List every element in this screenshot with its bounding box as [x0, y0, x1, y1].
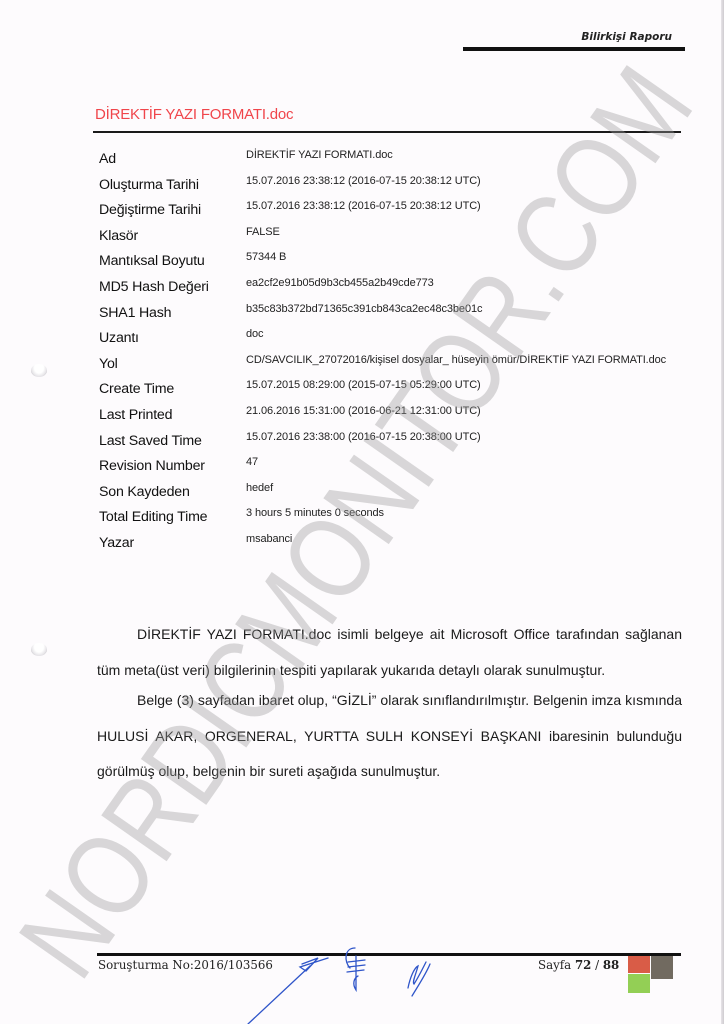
metadata-value: 57344 B [246, 251, 286, 263]
header-rule [463, 47, 685, 51]
metadata-value: 15.07.2015 08:29:00 (2015-07-15 05:29:00… [246, 379, 481, 391]
metadata-label: Last Saved Time [99, 433, 202, 449]
metadata-value: DİREKTİF YAZI FORMATI.doc [246, 149, 393, 161]
page-current: 72 [575, 958, 591, 972]
metadata-label: SHA1 Hash [99, 305, 171, 321]
page-prefix: Sayfa [538, 958, 571, 972]
metadata-value: 47 [246, 456, 258, 468]
metadata-label: Uzantı [99, 330, 139, 346]
metadata-value: 15.07.2016 23:38:12 (2016-07-15 20:38:12… [246, 200, 481, 212]
body-paragraph: DİREKTİF YAZI FORMATI.doc isimli belgeye… [97, 617, 682, 688]
metadata-label: Revision Number [99, 458, 205, 474]
running-header-title: Bilirkişi Raporu [581, 31, 672, 43]
paragraph-text: DİREKTİF YAZI FORMATI.doc isimli belgeye… [97, 626, 682, 678]
metadata-label: Yol [99, 356, 118, 372]
signature-2 [346, 948, 365, 990]
section-rule [93, 131, 681, 133]
metadata-label: Last Printed [99, 407, 172, 423]
metadata-label: Klasör [99, 228, 138, 244]
metadata-value: ea2cf2e91b05d9b3cb455a2b49cde773 [246, 277, 434, 289]
metadata-value: b35c83b372bd71365c391cb843ca2ec48c3be01c [246, 303, 482, 315]
metadata-label: Total Editing Time [99, 509, 207, 525]
paragraph-text: Belge (3) sayfadan ibaret olup, “GİZLİ” … [97, 692, 682, 779]
metadata-label: Mantıksal Boyutu [99, 253, 205, 269]
logo-square-gray [651, 956, 673, 979]
metadata-label: Ad [99, 151, 116, 167]
logo-square-green [628, 974, 650, 993]
metadata-label: Create Time [99, 381, 174, 397]
logo-square-red [628, 956, 650, 973]
signature-1 [248, 958, 328, 1024]
metadata-value: hedef [246, 482, 273, 494]
metadata-label: Oluşturma Tarihi [99, 177, 199, 193]
section-title: DİREKTİF YAZI FORMATI.doc [95, 106, 293, 123]
signature-3 [408, 962, 430, 996]
metadata-value: 21.06.2016 15:31:00 (2016-06-21 12:31:00… [246, 405, 481, 417]
handwritten-signatures [240, 940, 460, 1024]
metadata-label: Yazar [99, 535, 134, 551]
page-total: 88 [603, 958, 619, 972]
page-separator: / [591, 958, 602, 972]
page-number: Sayfa 72 / 88 [538, 958, 619, 972]
metadata-value: CD/SAVCILIK_27072016/kişisel dosyalar_ h… [246, 354, 666, 366]
metadata-value: msabanci [246, 533, 292, 545]
metadata-label: Son Kaydeden [99, 484, 190, 500]
metadata-label: Değiştirme Tarihi [99, 202, 201, 218]
metadata-value: FALSE [246, 226, 280, 238]
metadata-label: MD5 Hash Değeri [99, 279, 209, 295]
punch-hole [31, 364, 47, 377]
metadata-value: 15.07.2016 23:38:12 (2016-07-15 20:38:12… [246, 175, 481, 187]
punch-hole [31, 643, 47, 656]
metadata-value: 3 hours 5 minutes 0 seconds [246, 507, 384, 519]
metadata-value: doc [246, 328, 263, 340]
metadata-value: 15.07.2016 23:38:00 (2016-07-15 20:38:00… [246, 431, 481, 443]
body-paragraph: Belge (3) sayfadan ibaret olup, “GİZLİ” … [97, 683, 682, 790]
